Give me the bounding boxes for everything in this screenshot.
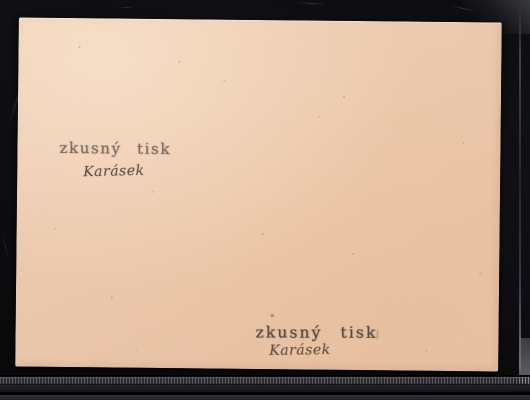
red-speck bbox=[271, 314, 274, 317]
trial-print-handstamp-top: zkusný tisk bbox=[59, 141, 171, 157]
foxing-specks bbox=[19, 17, 21, 19]
paper-grain-texture bbox=[15, 17, 502, 371]
expert-signature-top: Karásek bbox=[83, 164, 145, 179]
photo-scene: zkusný tisk Karásek zkusný tisk Karásek bbox=[0, 0, 530, 400]
background-scratch bbox=[1, 230, 10, 263]
album-strip-band bbox=[0, 385, 530, 392]
proof-card: zkusný tisk Karásek zkusný tisk Karásek bbox=[15, 17, 502, 371]
album-edge-highlight bbox=[519, 8, 521, 394]
background-scratch bbox=[450, 5, 475, 12]
album-strip-stitching bbox=[0, 377, 530, 385]
album-strip-foot bbox=[0, 395, 530, 400]
background-scratch bbox=[296, 2, 326, 5]
album-bottom-edge bbox=[0, 375, 530, 400]
background-scratch bbox=[118, 7, 134, 8]
trial-print-handstamp-bottom: zkusný tisk bbox=[256, 326, 378, 342]
expert-signature-bottom: Karásek bbox=[269, 343, 331, 358]
